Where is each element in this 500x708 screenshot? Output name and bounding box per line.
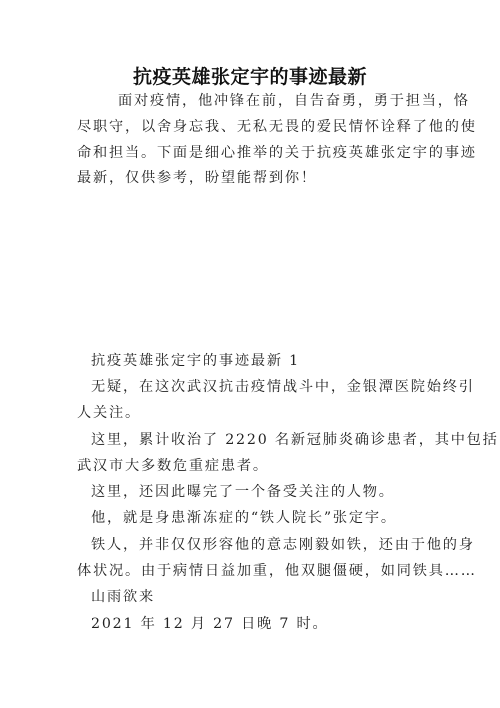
body-line-10: 2021 年 12 月 27 日晚 7 时。 <box>91 614 329 634</box>
body-line-3: 这里，累计收治了 2220 名新冠肺炎确诊患者，其中包括 <box>91 430 499 450</box>
section-heading: 抗疫英雄张定宇的事迹最新 1 <box>91 351 300 371</box>
body-line-2: 人关注。 <box>77 403 141 423</box>
body-line-4: 武汉市大多数危重症患者。 <box>77 456 269 476</box>
document-page: 抗疫英雄张定宇的事迹最新 面对疫情，他冲锋在前，自告奋勇，勇于担当，恪 尽职守，… <box>0 0 500 708</box>
intro-line-3: 命和担当。下面是细心推举的关于抗疫英雄张定宇的事迹 <box>77 143 477 163</box>
document-title: 抗疫英雄张定宇的事迹最新 <box>0 62 500 89</box>
body-line-8: 体状况。由于病情日益加重，他双腿僵硬，如同铁具…… <box>77 561 477 581</box>
body-line-9: 山雨欲来 <box>91 587 155 607</box>
body-line-5: 这里，还因此曝完了一个备受关注的人物。 <box>91 482 395 502</box>
intro-line-4: 最新，仅供参考，盼望能帮到你！ <box>77 168 317 188</box>
body-line-6: 他，就是身患渐冻症的“铁人院长”张定宇。 <box>91 508 397 528</box>
body-line-1: 无疑，在这次武汉抗击疫情战斗中，金银潭医院始终引 <box>91 377 475 397</box>
body-line-7: 铁人，并非仅仅形容他的意志刚毅如铁，还由于他的身 <box>91 535 475 555</box>
intro-line-2: 尽职守，以舍身忘我、无私无畏的爱民情怀诠释了他的使 <box>77 117 477 137</box>
intro-line-1: 面对疫情，他冲锋在前，自告奋勇，勇于担当，恪 <box>118 91 470 111</box>
